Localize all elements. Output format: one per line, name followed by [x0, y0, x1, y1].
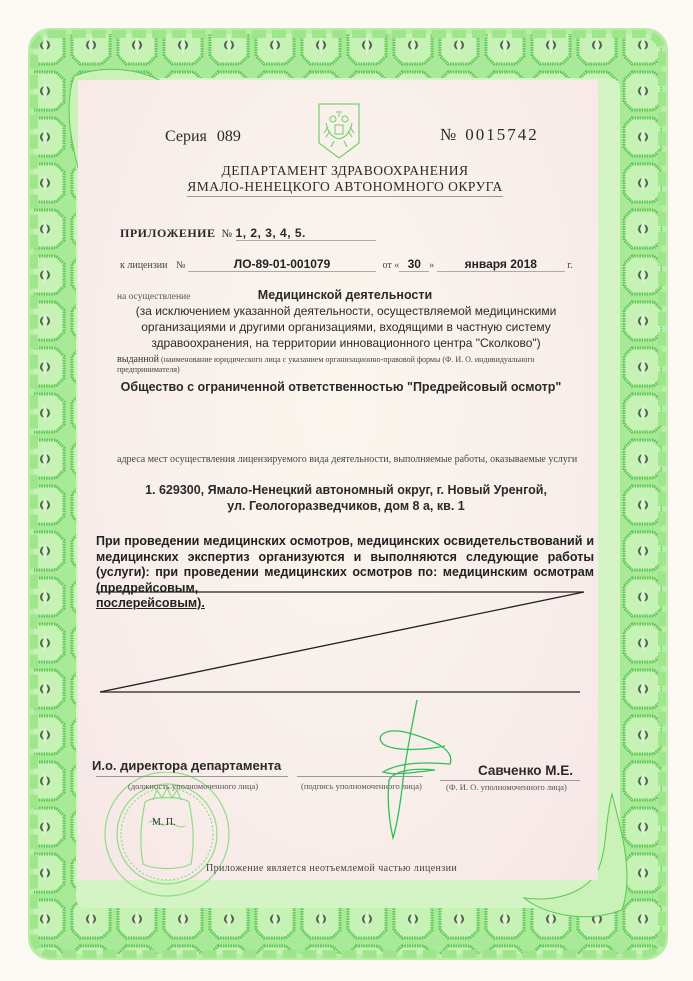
works-services: При проведении медицинских осмотров, мед… [96, 534, 594, 612]
license-number: ЛО-89-01-001079 [188, 257, 376, 272]
issued-label: выданной [117, 354, 159, 365]
stamp-place-label: М. П. [152, 817, 176, 828]
license-day: 30 [399, 257, 429, 272]
issued-to: выданной (наименование юридического лица… [117, 355, 587, 375]
works-last-line: послерейсовым). [96, 596, 205, 610]
appendix-numbers: 1, 2, 3, 4, 5. [236, 226, 376, 241]
russian-coat-of-arms-icon [318, 103, 360, 159]
license-from-label: от « [383, 260, 400, 271]
signatory-name: Савченко М.Е. [478, 763, 573, 778]
number-sign: № [440, 125, 457, 144]
address-line-1: 1. 629300, Ямало-Ненецкий автономный окр… [96, 482, 596, 498]
license-day-close: » [429, 260, 434, 271]
activity-title: Медицинской деятельности [120, 288, 570, 302]
appendix-no-sign: № [222, 228, 233, 240]
license-label: к лицензии [120, 260, 168, 271]
license-month-year: января 2018 [437, 257, 565, 272]
address-line-2: ул. Геологоразведчиков, дом 8 а, кв. 1 [96, 498, 596, 514]
address-label: адреса мест осуществления лицензируемого… [117, 454, 587, 466]
address: 1. 629300, Ямало-Ненецкий автономный окр… [96, 482, 596, 514]
role-caption: (должность уполномоченного лица) [128, 781, 258, 791]
series-value: 089 [217, 128, 241, 145]
works-text: При проведении медицинских осмотров, мед… [96, 534, 594, 595]
role-underline [96, 776, 288, 777]
signatory-role: И.о. директора департамента [92, 758, 281, 773]
license-line: к лицензии № ЛО-89-01-001079 от «30» янв… [120, 257, 580, 272]
issued-hint: (наименование юридического лица с указан… [117, 355, 534, 374]
series-label: Серия [165, 128, 207, 145]
handwritten-signature-icon [355, 700, 465, 845]
activity-description: (за исключением указанной деятельности, … [96, 303, 596, 351]
official-stamp-icon [97, 772, 237, 902]
license-year-suffix: г. [567, 260, 572, 271]
department-line-1: ДЕПАРТАМЕНТ ЗДРАВООХРАНЕНИЯ [120, 163, 570, 179]
department-line-2: ЯМАЛО-НЕНЕЦКОГО АВТОНОМНОГО ОКРУГА [187, 179, 502, 197]
appendix-label: ПРИЛОЖЕНИЕ [120, 226, 216, 240]
series: Серия089 [165, 128, 241, 146]
license-form-number: №0015742 [440, 125, 539, 145]
appendix-line: ПРИЛОЖЕНИЕ№1, 2, 3, 4, 5. [120, 226, 376, 241]
department-title: ДЕПАРТАМЕНТ ЗДРАВООХРАНЕНИЯ ЯМАЛО-НЕНЕЦК… [120, 163, 570, 197]
number-value: 0015742 [465, 125, 539, 144]
organization-name: Общество с ограниченной ответственностью… [96, 380, 586, 394]
license-no-sign: № [176, 260, 186, 271]
footer-note: Приложение является неотъемлемой частью … [206, 863, 457, 874]
